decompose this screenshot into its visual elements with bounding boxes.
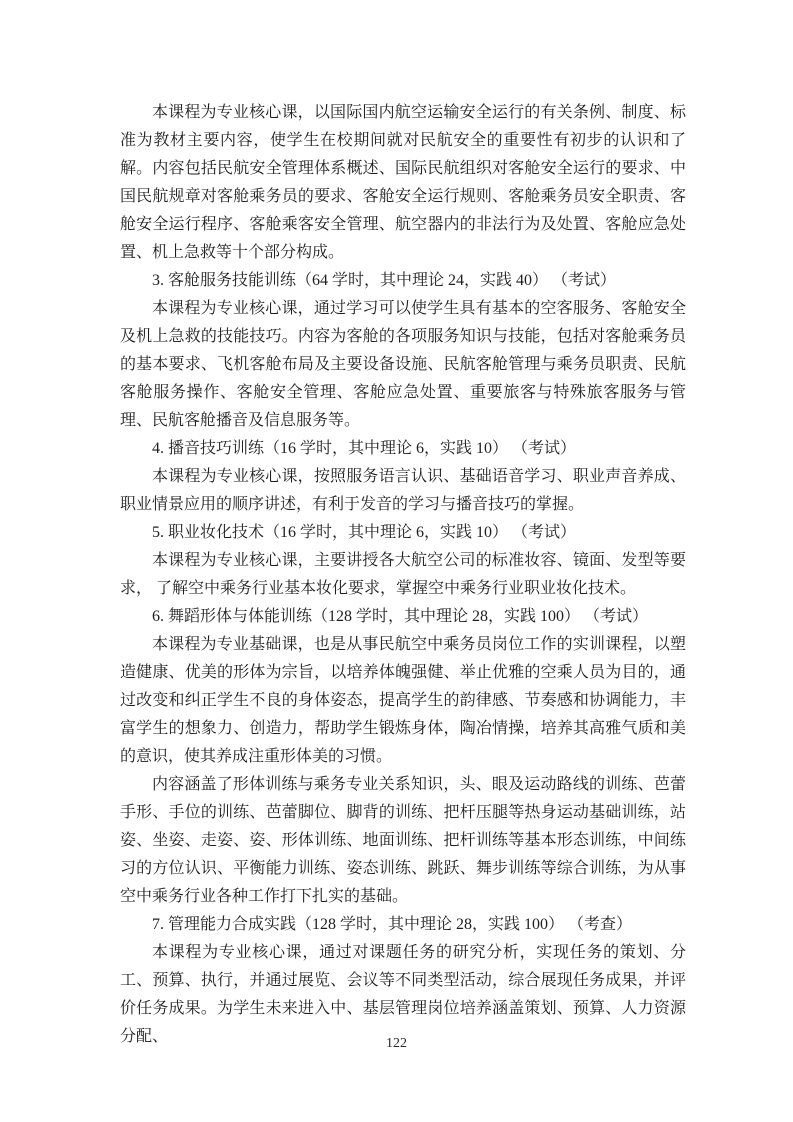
paragraph: 内容涵盖了形体训练与乘务专业关系知识，头、眼及运动路线的训练、芭蕾手形、手位的训… (120, 771, 686, 911)
paragraph: 本课程为专业核心课，通过学习可以使学生具有基本的空客服务、客舱安全及机上急救的技… (120, 295, 686, 435)
page-number: 122 (0, 1036, 793, 1052)
course-heading-broadcast-skills: 4. 播音技巧训练（16 学时，其中理论 6，实践 10） （考试） (120, 435, 686, 463)
course-heading-cabin-service-skills: 3. 客舱服务技能训练（64 学时，其中理论 24，实践 40） （考试） (120, 267, 686, 295)
paragraph: 本课程为专业核心课，通过对课题任务的研究分析，实现任务的策划、分工、预算、执行，… (120, 939, 686, 1051)
paragraph: 本课程为专业核心课，以国际国内航空运输安全运行的有关条例、制度、标准为教材主要内… (120, 99, 686, 267)
paragraph: 本课程为专业核心课，按照服务语言认识、基础语音学习、职业声音养成、职业情景应用的… (120, 463, 686, 519)
document-page: 本课程为专业核心课，以国际国内航空运输安全运行的有关条例、制度、标准为教材主要内… (0, 0, 793, 1122)
course-heading-management-capability-practice: 7. 管理能力合成实践（128 学时，其中理论 28，实践 100） （考查） (120, 911, 686, 939)
document-body: 本课程为专业核心课，以国际国内航空运输安全运行的有关条例、制度、标准为教材主要内… (120, 99, 686, 1051)
course-heading-dance-physique-training: 6. 舞蹈形体与体能训练（128 学时，其中理论 28，实践 100） （考试） (120, 603, 686, 631)
course-heading-professional-makeup: 5. 职业妆化技术（16 学时，其中理论 6，实践 10） （考试） (120, 519, 686, 547)
paragraph: 本课程为专业基础课，也是从事民航空中乘务员岗位工作的实训课程，以塑造健康、优美的… (120, 631, 686, 771)
paragraph: 本课程为专业核心课，主要讲授各大航空公司的标准妆容、镜面、发型等要求， 了解空中… (120, 547, 686, 603)
